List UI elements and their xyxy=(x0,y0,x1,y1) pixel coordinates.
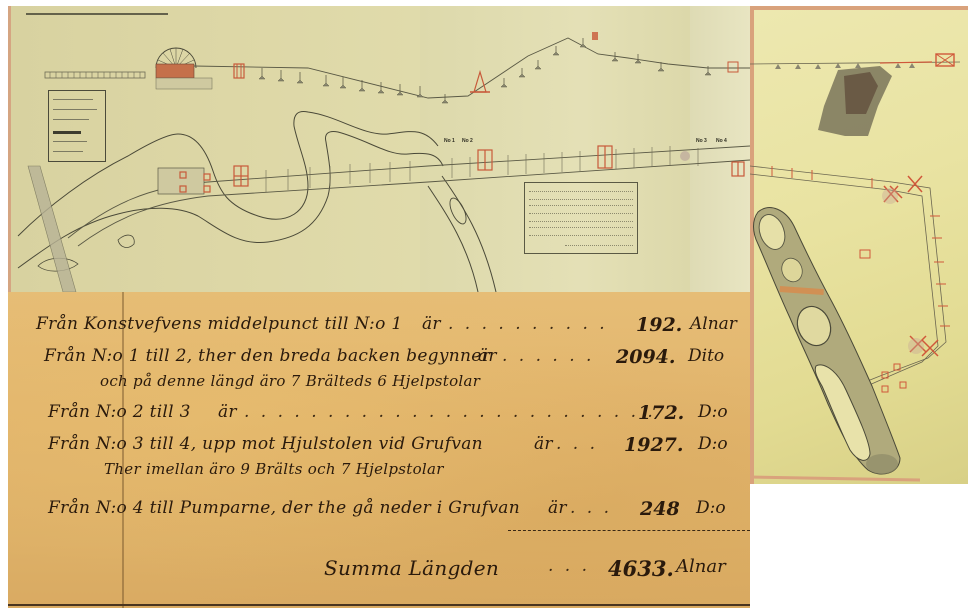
ledger-row-verb: är xyxy=(534,434,553,454)
ledger-row-description: Från N:o 3 till 4, upp mot Hjulstolen vi… xyxy=(48,434,483,454)
map-title-cartouche xyxy=(48,90,106,162)
cartouche-scale-mark xyxy=(53,131,81,134)
ledger-row-description: Från N:o 1 till 2, ther den breda backen… xyxy=(44,346,490,366)
mini-table-row xyxy=(529,191,633,193)
mini-table-row xyxy=(529,221,633,223)
ledger-total-value: 4633. xyxy=(608,556,674,581)
cartouche-text-line xyxy=(53,151,83,152)
station-label-no3: No 3 xyxy=(696,138,707,144)
ledger-leader-dots: . . . . . . . . . . xyxy=(448,314,608,334)
station-label-no2: No 2 xyxy=(462,138,473,144)
ledger-row-description: Från Konstvefvens middelpunct till N:o 1 xyxy=(36,314,402,334)
ledger-row-verb: är xyxy=(548,498,567,518)
ledger-row-verb: är xyxy=(478,346,497,366)
ledger-note-text: Ther imellan äro 9 Brälts och 7 Hjelpsto… xyxy=(104,460,444,478)
ledger-row-unit: Dito xyxy=(688,346,724,366)
mine-pit-drawing xyxy=(750,6,968,484)
ledger-row-unit: D:o xyxy=(698,402,728,422)
station-label-no1: No 1 xyxy=(444,138,455,144)
ledger-leader-dots: . . . xyxy=(548,556,590,576)
station-label-no4: No 4 xyxy=(716,138,727,144)
ledger-row-verb: är xyxy=(422,314,441,334)
cartouche-text-line xyxy=(53,99,93,100)
cartouche-text-line xyxy=(53,141,87,142)
conduit-plan-map: No 1 No 2 No 3 No 4 xyxy=(8,6,750,292)
mini-table-row xyxy=(529,227,633,229)
ledger-row-value: 192. xyxy=(636,314,682,336)
mini-table-row xyxy=(529,213,633,215)
ledger-leader-dots: . . . . . . . . . . . . . . . . . . . . … xyxy=(244,402,656,422)
ledger-leader-dots: . . . xyxy=(556,434,598,454)
ledger-row-unit: D:o xyxy=(696,498,726,518)
handwritten-length-ledger: Från Konstvefvens middelpunct till N:o 1… xyxy=(8,292,750,608)
mine-drawing-svg xyxy=(750,6,968,484)
mini-table-row xyxy=(529,235,633,237)
mini-table-row xyxy=(529,199,633,201)
ledger-leader-dots: . . . . . . xyxy=(502,346,594,366)
ledger-row-value: 2094. xyxy=(616,346,676,368)
ledger-row-unit: D:o xyxy=(698,434,728,454)
ledger-total-label: Summa Längden xyxy=(324,556,499,580)
map-drawing xyxy=(8,6,750,292)
mini-table-total-row xyxy=(565,245,633,247)
cartouche-text-line xyxy=(53,119,89,120)
ledger-row-unit: Alnar xyxy=(690,314,737,334)
ledger-note-text: och på denne längd äro 7 Brälteds 6 Hjel… xyxy=(100,372,480,390)
sum-underline xyxy=(508,530,750,531)
ledger-row-description: Från N:o 2 till 3 xyxy=(48,402,191,422)
ledger-row-verb: är xyxy=(218,402,237,422)
ledger-row-value: 248 xyxy=(640,498,680,520)
document-bottom-edge xyxy=(8,604,750,606)
ledger-row-value: 172. xyxy=(638,402,684,424)
ledger-row-value: 1927. xyxy=(624,434,684,456)
mini-table-row xyxy=(529,205,633,207)
ledger-total-unit: Alnar xyxy=(676,556,726,577)
map-measurement-table xyxy=(524,182,638,254)
ledger-row-description: Från N:o 4 till Pumparne, der the gå ned… xyxy=(48,498,520,518)
ledger-leader-dots: . . . xyxy=(570,498,612,518)
cartouche-text-line xyxy=(53,109,97,110)
